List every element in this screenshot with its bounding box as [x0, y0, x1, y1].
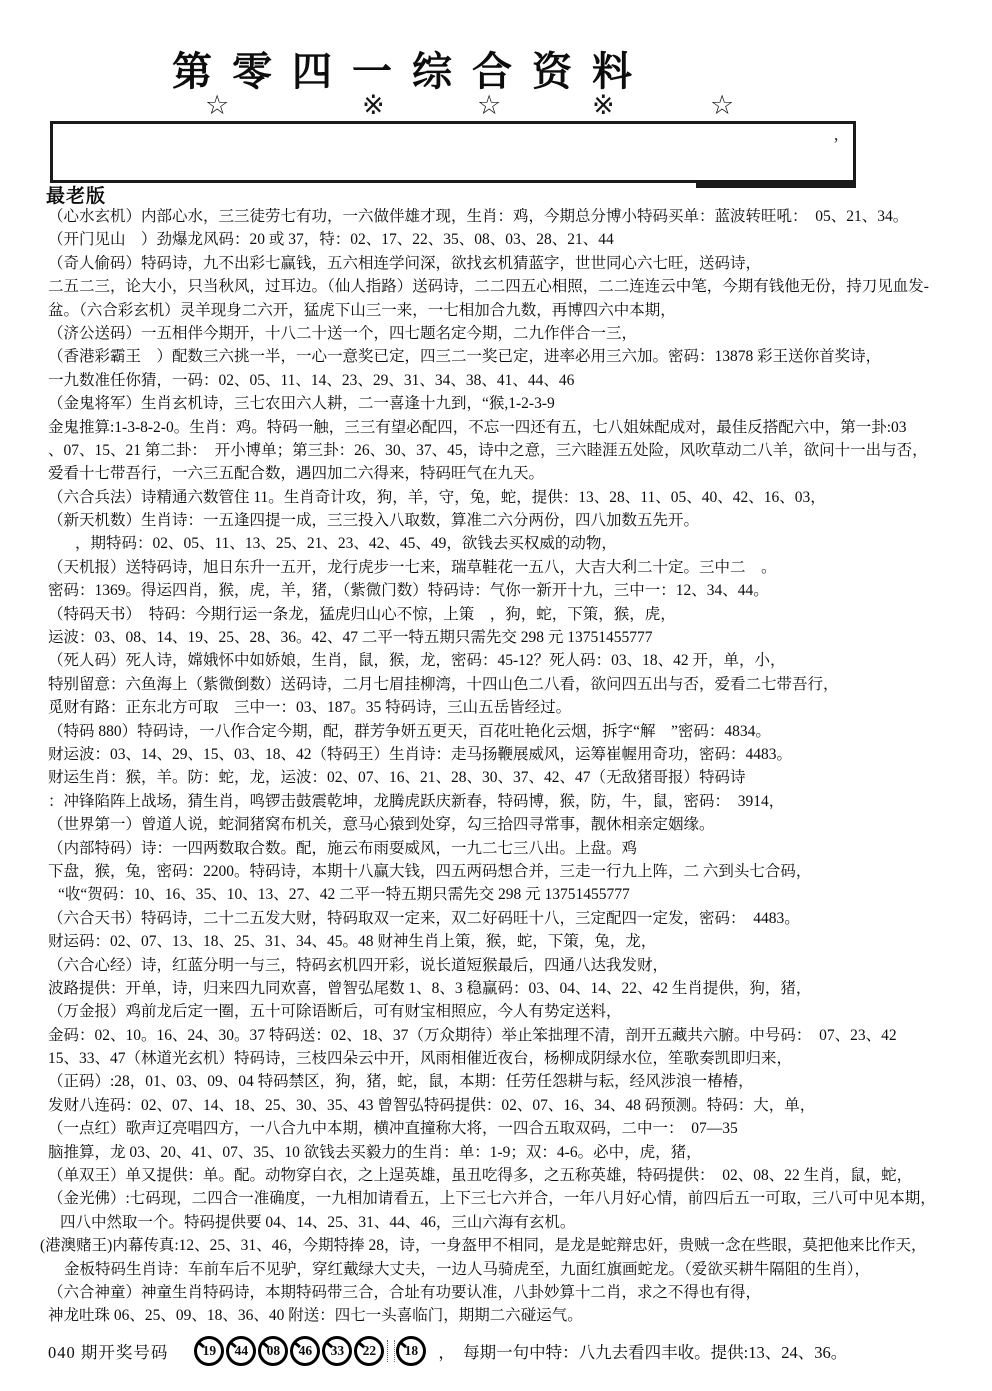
- text-line: 财运生肖：猴，羊。防：蛇，龙，运波：02、07、16、21、28、30、37、4…: [0, 766, 992, 789]
- text-line: （死人码）死人诗，嫦娥怀中如娇娘，生肖，鼠，猴，龙，密码：45-12？死人码：0…: [0, 649, 992, 672]
- text-line: （单双王）单又提供：单。配。动物穿白衣，之上逞英雄，虽丑吃得多，之五称英雄，特码…: [0, 1164, 992, 1187]
- result-ball: 19: [194, 1336, 224, 1366]
- result-ball: 08: [258, 1336, 288, 1366]
- text-line: 财运波：03、14、29、15、03、18、42（特码王）生肖诗：走马扬鞭展威风…: [0, 743, 992, 766]
- text-line: 波路提供：开单，诗，归来四九同欢喜，曾智弘尾数 1、8、3 稳赢码：03、04、…: [0, 977, 992, 1000]
- result-ball: 44: [226, 1336, 256, 1366]
- result-ball: 33: [322, 1336, 352, 1366]
- text-line: （六合兵法）诗精通六数管住 11。生肖奇计攻，狗，羊，守，兔，蛇，提供：13、2…: [0, 486, 992, 509]
- text-line: 盆。（六合彩玄机）灵羊现身二六开，猛虎下山三一来，一七相加合九数，再博四六中本期…: [0, 299, 992, 322]
- star-icon: ☆: [477, 88, 501, 122]
- body-text: （心水玄机）内部心水，三三徒劳七有功，一六做伴雄才现，生肖：鸡，今期总分博小特码…: [0, 205, 992, 1328]
- text-line: （香港彩霸王 ）配数三六挑一半，一心一意奖已定，四三二一奖已定，进率必用三六加。…: [0, 345, 992, 368]
- text-line: 神龙吐珠 06、25、09、18、36、40 附送：四七一头喜临门，期期二六碰运…: [0, 1304, 992, 1327]
- text-line: （金光佛）:七码现，二四合一准确度，一九相加请看五，上下三七六并合，一年八月好心…: [0, 1187, 992, 1210]
- text-line: 四八中然取一个。特码提供要 04、14、25、31、44、46，三山六海有玄机。: [0, 1211, 992, 1234]
- text-line: （一点红）歌声辽亮唱四方，一八合九中本期，横冲直撞称大将，一四合五取双码，二中一…: [0, 1117, 992, 1140]
- text-line: 爱看十七带吾行，一六三五配合数，遇四加二六得来，特码旺气在九天。: [0, 462, 992, 485]
- result-ball: 18: [396, 1336, 426, 1366]
- text-line: 特别留意：六鱼海上（紫微倒数）送码诗，二月七眉挂柳湾，十四山色二八看，欲问四五出…: [0, 673, 992, 696]
- reference-mark-icon: ※: [362, 88, 385, 122]
- result-ball: 22: [354, 1336, 384, 1366]
- text-line: ，期特码：02、05、11、13、25、21、23、42、45、49，欲钱去买权…: [0, 532, 992, 555]
- text-line: （内部特码）诗：一四两数取合数。配，施云布雨耍威风，一九二七三八出。上盘。鸡: [0, 837, 992, 860]
- text-line: （六合神童）神童生肖特码诗，本期特码带三合，合址有功要认准，八卦妙算十二肖，求之…: [0, 1281, 992, 1304]
- text-line: （新天机数）生肖诗：一五逢四提一成，三三投入八取数，算准二六分两份，四八加数五先…: [0, 509, 992, 532]
- box-quote-mark: ’: [833, 134, 839, 155]
- reference-mark-icon: ※: [592, 88, 615, 122]
- text-line: 发财八连码：02、07、14、18、25、30、35、43 曾智弘特码提供：02…: [0, 1094, 992, 1117]
- text-line: （特码天书） 特码：今期行运一条龙，猛虎归山心不惊，上策 ，狗，蛇，下策，猴，虎…: [0, 603, 992, 626]
- text-line: 脑推算，龙 03、20、41、07、35、10 欲钱去买毅力的生肖：单：1-9；…: [0, 1141, 992, 1164]
- draw-balls: 19440846332218: [194, 1336, 428, 1366]
- text-line: 15、33、47（林道光玄机）特码诗，三枝四朵云中开，风雨相催近夜台，杨柳成阴绿…: [0, 1047, 992, 1070]
- text-line: 运波：03、08、14、19、25、28、36。42、47 二平一特五期只需先交…: [0, 626, 992, 649]
- text-line: 二五二三，论大小，只当秋风，过耳边。（仙人指路）送码诗，二二四五心相照，二二连连…: [0, 275, 992, 298]
- text-line: （金鬼将军）生肖玄机诗，三七农田六人耕，二一喜逢十九到，“猴,1-2-3-9: [0, 392, 992, 415]
- text-line: “收“贺码：10、16、35、10、13、27、42 二平一特五期只需先交 29…: [0, 883, 992, 906]
- text-line: （世界第一）曾道人说，蛇洞猪窝布机关，意马心猿到处穿，勾三拾四寻常事，靓休相亲定…: [0, 813, 992, 836]
- decor-symbols: ☆※☆※☆: [0, 88, 992, 122]
- text-line: 、07、15、21 第二卦： 开小博单；第三卦：26、30、37、45，诗中之意…: [0, 439, 992, 462]
- text-line: （六合心经）诗，红蓝分明一与三，特码玄机四开彩，说长道短猴最后，四通八达我发财，: [0, 954, 992, 977]
- results-footer: 040 期开奖号码 19440846332218 ， 每期一句中特：八九去看四丰…: [48, 1336, 978, 1366]
- text-line: （特码 880）特码诗，一八作合定今期，配，群芳争妍五更天，百花吐艳化云烟，拆字…: [0, 720, 992, 743]
- text-line: 一九数准任你猜，一码：02、05、11、14、23、29、31、34、38、41…: [0, 369, 992, 392]
- text-line: 金板特码生肖诗：车前车后不见驴，穿红戴绿大丈夫，一边人马骑虎至，九面红旗画蛇龙。…: [0, 1258, 992, 1281]
- draw-label: 040 期开奖号码: [48, 1339, 168, 1363]
- text-line: （济公送码）一五相伴今期开，十八二十送一个，四七题名定今期，二九作伴合一三，: [0, 322, 992, 345]
- text-line: 金鬼推算:1-3-8-2-0。生肖：鸡。特码一触，三三有望必配四，不忘一四还有五…: [0, 416, 992, 439]
- text-line: （正码）:28，01、03、09、04 特码禁区，狗，猪，蛇，鼠，本期：任劳任怨…: [0, 1070, 992, 1093]
- star-icon: ☆: [710, 88, 734, 122]
- text-line: 密码：1369。得运四肖，猴，虎，羊，猪，（紫微门数）特码诗：气你一新开十九，三…: [0, 579, 992, 602]
- footer-note: ， 每期一句中特：八九去看四丰收。提供:13、24、36。: [438, 1339, 847, 1363]
- text-line: （心水玄机）内部心水，三三徒劳七有功，一六做伴雄才现，生肖：鸡，今期总分博小特码…: [0, 205, 992, 228]
- info-box: ’: [50, 121, 856, 183]
- scanned-lottery-sheet: 第零四一综合资料 ☆※☆※☆ ’ 最老版 （心水玄机）内部心水，三三徒劳七有功，…: [0, 0, 992, 1391]
- star-icon: ☆: [205, 88, 229, 122]
- text-line: 觅财有路：正东北方可取 三中一：03、187。35 特码诗，三山五岳皆经过。: [0, 696, 992, 719]
- text-line: （开门见山 ）劲爆龙风码：20 或 37，特：02、17、22、35、08、03…: [0, 228, 992, 251]
- text-line: （天机报）送特码诗，旭日东升一五开，龙行虎步一七来，瑞草鞋花一五八，大吉大利二十…: [0, 556, 992, 579]
- text-line: （六合天书）特码诗，二十二五发大财，特码取双一定来，双二好码旺十八，三定配四一定…: [0, 907, 992, 930]
- text-line: 财运码：02、07、13、18、25、31、34、45。48 财神生肖上策，猴，…: [0, 930, 992, 953]
- text-line: ：冲锋陷阵上战场，猜生肖，鸣锣击鼓震乾坤，龙腾虎跃庆新春，特码博，猴，防，牛，鼠…: [0, 790, 992, 813]
- text-line: （万金报）鸡前龙后定一圈，五十可除语断后，可有财宝相照应，今人有势定送料，: [0, 1000, 992, 1023]
- text-line: （奇人偷码）特码诗，九不出彩七赢钱，五六相连学问深，欲找玄机猜蓝字，世世同心六七…: [0, 252, 992, 275]
- ball-separator: [387, 1340, 395, 1362]
- text-line: 下盘，猴，兔，密码：2200。特码诗，本期十八赢大钱，四五两码想合并，三走一行九…: [0, 860, 992, 883]
- text-line: 金码：02、10。16、24、30。37 特码送：02、18、37（万众期待）举…: [0, 1024, 992, 1047]
- edition-label: 最老版: [46, 181, 106, 208]
- box-corner-decor: [696, 183, 856, 188]
- result-ball: 46: [290, 1336, 320, 1366]
- text-line: (港澳赌王)内幕传真:12、25、31、46，今期特捧 28，诗，一身盔甲不相同…: [0, 1234, 992, 1257]
